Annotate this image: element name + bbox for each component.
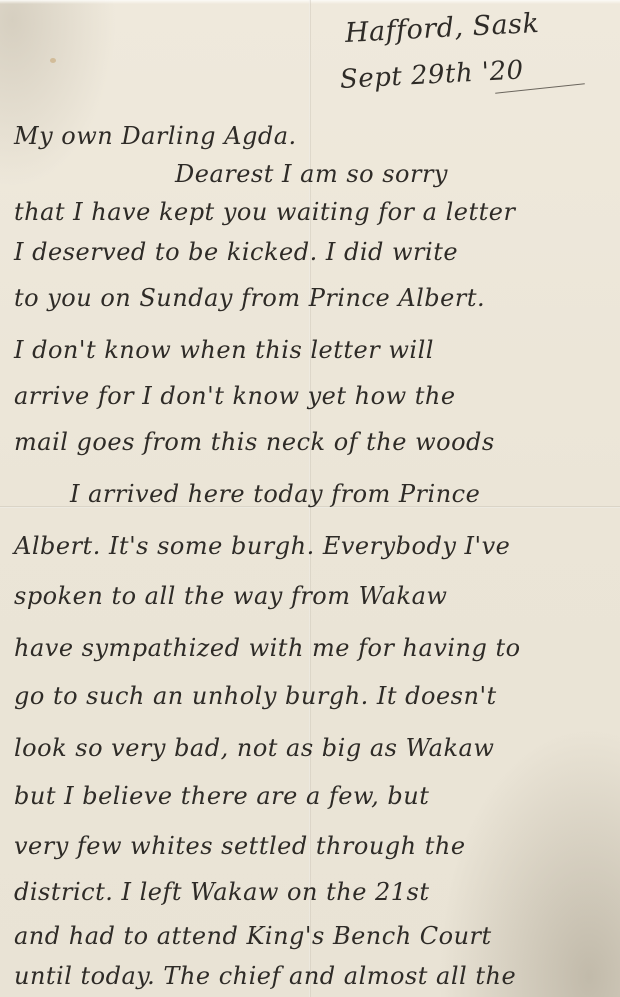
letter-line: I deserved to be kicked. I did write [14,238,458,266]
letter-line: to you on Sunday from Prince Albert. [14,284,485,312]
letter-line: look so very bad, not as big as Wakaw [14,734,494,762]
paper-stain [50,58,56,63]
letter-line: Albert. It's some burgh. Everybody I've [14,532,510,560]
letter-line: until today. The chief and almost all th… [14,962,516,990]
letter-line: very few whites settled through the [14,832,466,860]
letter-line: district. I left Wakaw on the 21st [14,878,430,906]
letter-line: I arrived here today from Prince [70,480,480,508]
letter-line: go to such an unholy burgh. It doesn't [14,682,497,710]
letter-line: and had to attend King's Bench Court [14,922,492,950]
letter-line: I don't know when this letter will [14,336,434,364]
letter-line: have sympathized with me for having to [14,634,521,662]
letter-page: Hafford, Sask Sept 29th '20 My own Darli… [0,0,620,997]
letter-line: that I have kept you waiting for a lette… [14,198,515,226]
letter-line: Dearest I am so sorry [175,160,448,188]
salutation: My own Darling Agda. [14,122,297,150]
letter-line: spoken to all the way from Wakaw [14,582,447,610]
letter-line: mail goes from this neck of the woods [14,428,495,456]
letter-place: Hafford, Sask [344,8,540,49]
letter-line: but I believe there are a few, but [14,782,429,810]
letter-date: Sept 29th '20 [339,55,524,95]
letter-line: arrive for I don't know yet how the [14,382,456,410]
